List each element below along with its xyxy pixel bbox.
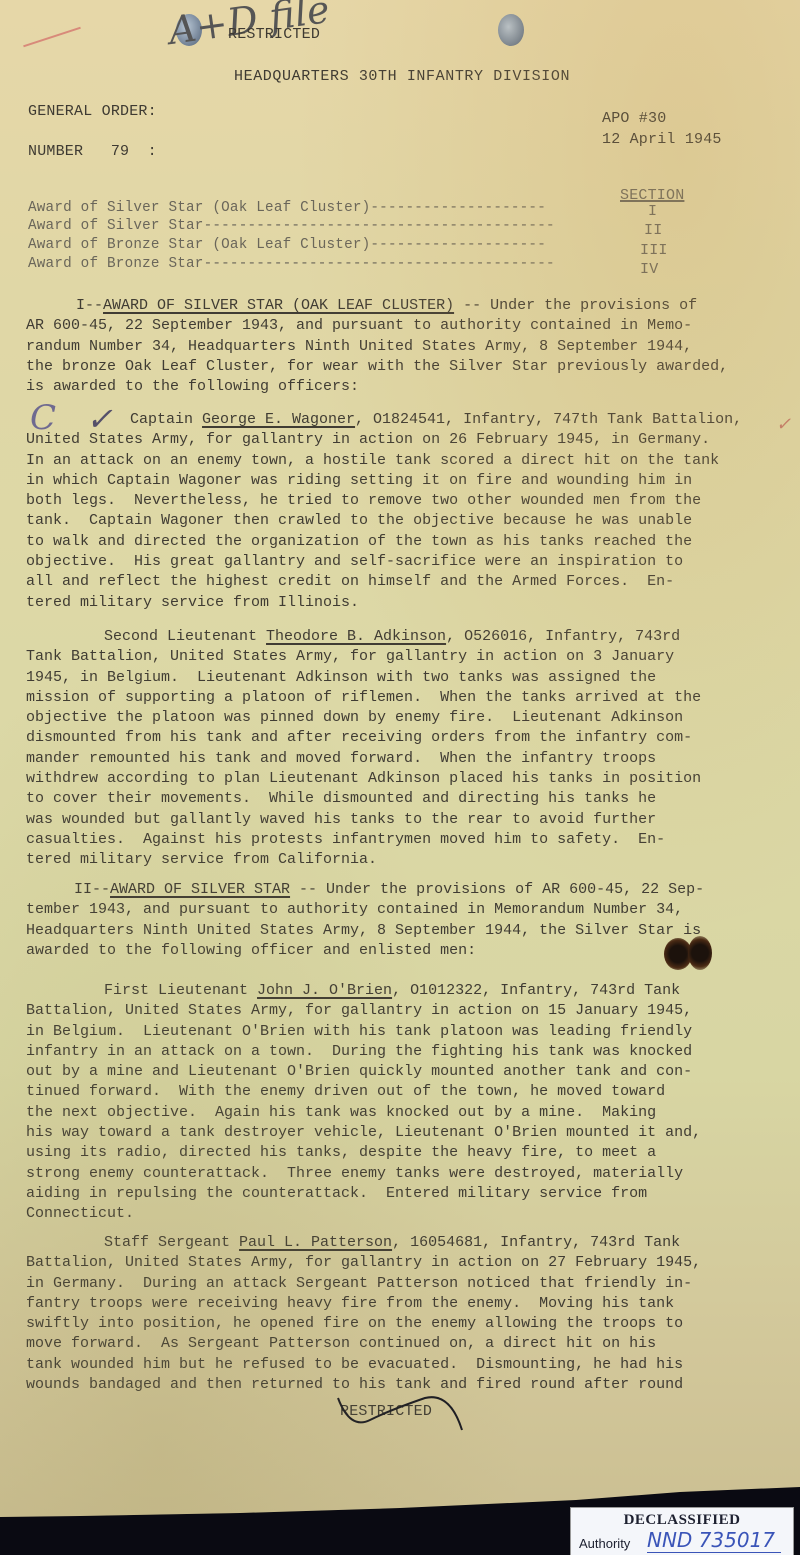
stamp-authority-value: NND 735017 — [647, 1528, 781, 1553]
citation-rank: Second Lieutenant — [26, 628, 266, 645]
stamp-title: DECLASSIFIED — [571, 1512, 793, 1529]
citation-name: John J. O'Brien — [257, 982, 392, 999]
toc-item-section: I — [648, 203, 657, 220]
classification-top: RESTRICTED — [228, 26, 320, 43]
citation-text: , O1012322, Infantry, 743rd Tank Battali… — [26, 982, 701, 1222]
citation-text: , O1824541, Infantry, 747th Tank Battali… — [26, 411, 742, 611]
section-1-prefix: I-- — [26, 297, 103, 314]
section-2-prefix: II-- — [26, 881, 110, 898]
citation-obrien: First Lieutenant John J. O'Brien, O10123… — [26, 981, 786, 1225]
citation-name: Paul L. Patterson — [239, 1234, 392, 1251]
section-column-header: SECTION — [620, 187, 684, 204]
organization-title: HEADQUARTERS 30TH INFANTRY DIVISION — [234, 68, 570, 85]
citation-text: , O526016, Infantry, 743rd Tank Battalio… — [26, 628, 701, 868]
citation-rank: Staff Sergeant — [26, 1234, 239, 1251]
citation-rank: Captain — [26, 411, 202, 428]
declassification-stamp: DECLASSIFIED Authority NND 735017 — [570, 1507, 794, 1555]
toc-item-section: III — [640, 242, 668, 259]
toc-item-section: IV — [640, 261, 658, 278]
order-date: 12 April 1945 — [602, 131, 722, 148]
red-pencil-mark — [23, 27, 81, 47]
citation-adkinson: Second Lieutenant Theodore B. Adkinson, … — [26, 627, 786, 871]
toc-item-label: Award of Silver Star--------------------… — [28, 218, 555, 234]
section-2-heading: AWARD OF SILVER STAR — [110, 881, 290, 898]
citation-wagoner: Captain George E. Wagoner, O1824541, Inf… — [26, 410, 786, 613]
citation-name: George E. Wagoner — [202, 411, 355, 428]
citation-patterson: Staff Sergeant Paul L. Patterson, 160546… — [26, 1233, 786, 1395]
toc-item-label: Award of Bronze Star (Oak Leaf Cluster)-… — [28, 237, 546, 253]
document-page: A+D file RESTRICTED HEADQUARTERS 30TH IN… — [0, 0, 800, 1530]
general-order-label: GENERAL ORDER: — [28, 103, 157, 120]
order-number: NUMBER 79 : — [28, 143, 157, 160]
apo-number: APO #30 — [602, 110, 666, 127]
stamp-authority-label: Authority — [579, 1536, 630, 1551]
citation-name: Theodore B. Adkinson — [266, 628, 446, 645]
toc-item-label: Award of Silver Star (Oak Leaf Cluster)-… — [28, 200, 546, 216]
toc-item-section: II — [644, 222, 662, 239]
pen-scribble — [330, 1390, 470, 1435]
section-1: I--AWARD OF SILVER STAR (OAK LEAF CLUSTE… — [26, 296, 786, 397]
citation-rank: First Lieutenant — [26, 982, 257, 999]
section-1-heading: AWARD OF SILVER STAR (OAK LEAF CLUSTER) — [103, 297, 454, 314]
burn-mark — [688, 936, 712, 970]
punch-hole — [498, 14, 524, 46]
toc-item-label: Award of Bronze Star--------------------… — [28, 256, 555, 272]
citation-text: , 16054681, Infantry, 743rd Tank Battali… — [26, 1234, 701, 1393]
